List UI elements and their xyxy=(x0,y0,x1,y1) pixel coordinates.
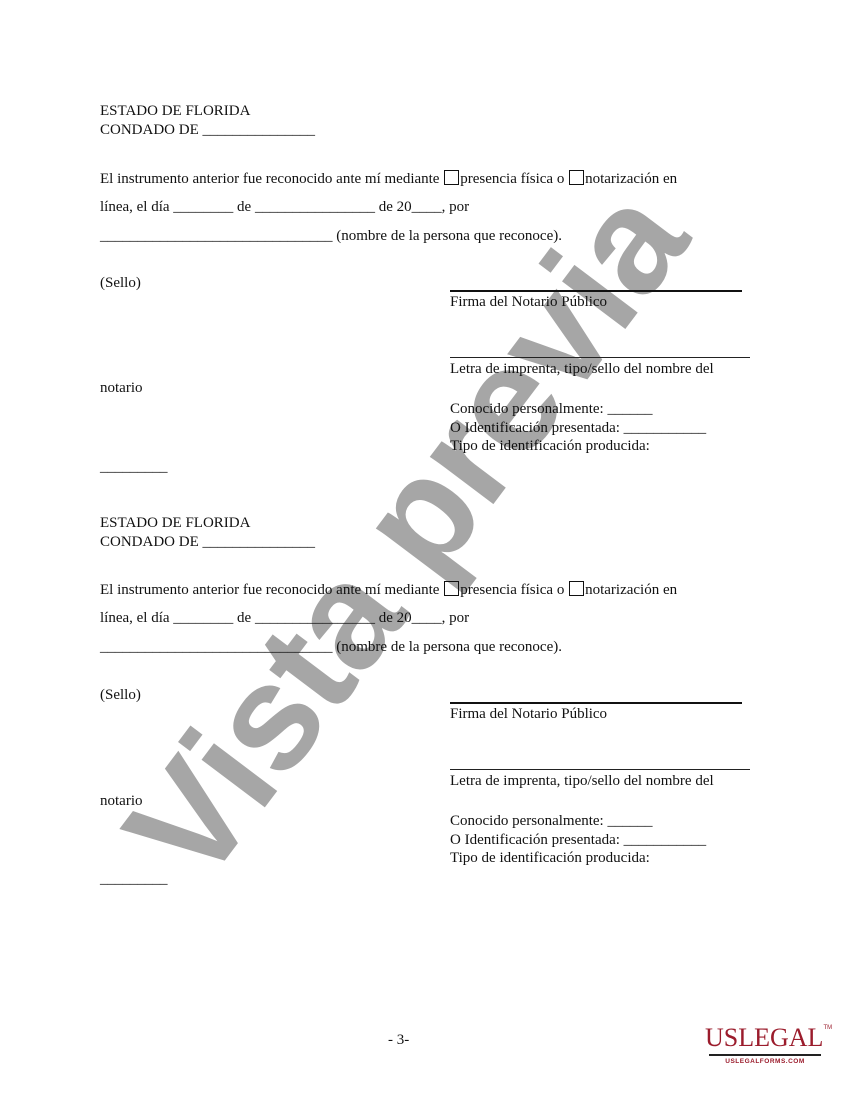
signature-label: Firma del Notario Público xyxy=(450,293,607,311)
online-notarization-checkbox[interactable] xyxy=(569,581,584,596)
acknowledgment-line-1: El instrumento anterior fue reconocido a… xyxy=(100,581,677,599)
id-presented-field[interactable]: O Identificación presentada: ___________ xyxy=(450,419,706,437)
print-name-line[interactable] xyxy=(450,769,750,770)
logo-url: USLEGALFORMS.COM xyxy=(705,1058,825,1065)
signer-name-line[interactable]: _______________________________ (nombre … xyxy=(100,638,562,656)
acknowledgment-text: El instrumento anterior fue reconocido a… xyxy=(100,582,443,598)
known-personally-field[interactable]: Conocido personalmente: ______ xyxy=(450,400,652,418)
print-name-label-cont: notario xyxy=(100,379,143,397)
online-notarization-label: notarización en xyxy=(585,582,677,598)
trademark-mark: TM xyxy=(823,1025,832,1031)
uslegal-logo[interactable]: USLEGALTM USLEGALFORMS.COM xyxy=(705,1025,825,1071)
eagle-wings-icon xyxy=(709,1052,821,1058)
acknowledgment-text: El instrumento anterior fue reconocido a… xyxy=(100,171,443,187)
online-notarization-checkbox[interactable] xyxy=(569,170,584,185)
logo-wordmark: USLEGALTM xyxy=(705,1025,825,1051)
id-type-field[interactable]: _________ xyxy=(100,870,168,888)
seal-label: (Sello) xyxy=(100,274,141,292)
logo-brand: USLEGAL xyxy=(705,1023,823,1052)
county-field[interactable]: CONDADO DE _______________ xyxy=(100,121,315,139)
signer-name-line[interactable]: _______________________________ (nombre … xyxy=(100,227,562,245)
county-field[interactable]: CONDADO DE _______________ xyxy=(100,533,315,551)
signature-line[interactable] xyxy=(450,702,742,704)
physical-presence-checkbox[interactable] xyxy=(444,581,459,596)
date-line[interactable]: línea, el día ________ de ______________… xyxy=(100,609,469,627)
known-personally-field[interactable]: Conocido personalmente: ______ xyxy=(450,812,652,830)
seal-label: (Sello) xyxy=(100,686,141,704)
print-name-label: Letra de imprenta, tipo/sello del nombre… xyxy=(450,772,714,790)
print-name-label-cont: notario xyxy=(100,792,143,810)
id-presented-field[interactable]: O Identificación presentada: ___________ xyxy=(450,831,706,849)
signature-line[interactable] xyxy=(450,290,742,292)
print-name-label: Letra de imprenta, tipo/sello del nombre… xyxy=(450,360,714,378)
state-heading: ESTADO DE FLORIDA xyxy=(100,514,250,532)
date-line[interactable]: línea, el día ________ de ______________… xyxy=(100,198,469,216)
id-type-label: Tipo de identificación producida: xyxy=(450,849,650,867)
id-type-field[interactable]: _________ xyxy=(100,458,168,476)
page-number: - 3- xyxy=(388,1032,409,1049)
acknowledgment-line-1: El instrumento anterior fue reconocido a… xyxy=(100,170,677,188)
print-name-line[interactable] xyxy=(450,357,750,358)
physical-presence-checkbox[interactable] xyxy=(444,170,459,185)
online-notarization-label: notarización en xyxy=(585,171,677,187)
physical-presence-label: presencia física o xyxy=(460,582,568,598)
state-heading: ESTADO DE FLORIDA xyxy=(100,102,250,120)
signature-label: Firma del Notario Público xyxy=(450,705,607,723)
id-type-label: Tipo de identificación producida: xyxy=(450,437,650,455)
physical-presence-label: presencia física o xyxy=(460,171,568,187)
